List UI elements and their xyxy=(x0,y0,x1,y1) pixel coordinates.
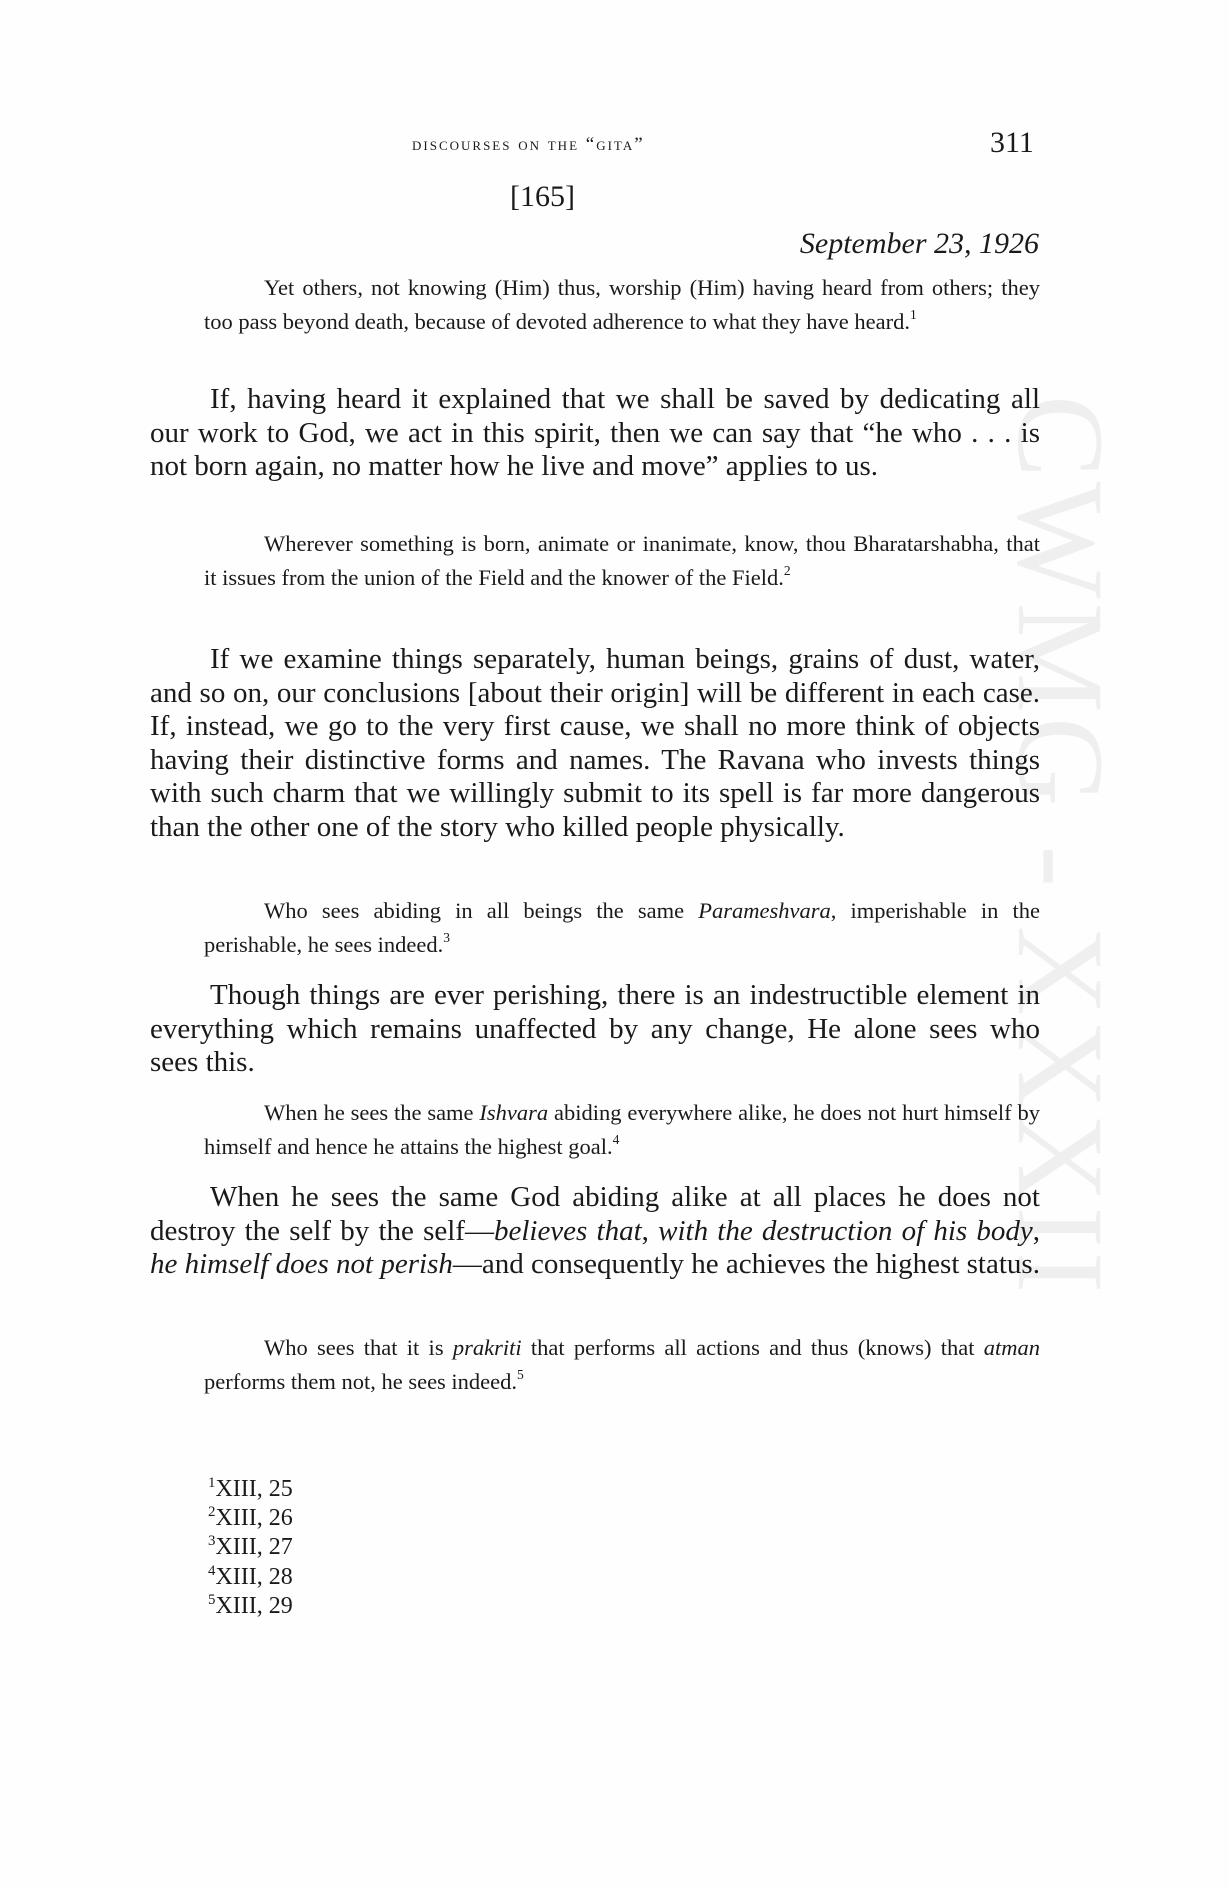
footnote-item: 4XIII, 28 xyxy=(208,1563,293,1592)
footnote-ref: 2 xyxy=(784,562,791,577)
paragraph-text: If we examine things separately, human b… xyxy=(150,643,1040,843)
commentary-paragraph-1: If, having heard it explained that we sh… xyxy=(150,383,1040,484)
italic-term: Parameshvara xyxy=(698,898,830,923)
footnote-ref: 5 xyxy=(517,1366,524,1381)
footnote-item: 5XIII, 29 xyxy=(208,1592,293,1621)
quote-text: that performs all actions and thus (know… xyxy=(522,1335,984,1360)
footnote-item: 1XIII, 25 xyxy=(208,1475,293,1504)
commentary-paragraph-2: If we examine things separately, human b… xyxy=(150,643,1040,845)
entry-number: [165] xyxy=(510,180,575,214)
quote-text: Wherever something is born, animate or i… xyxy=(204,531,1040,590)
quote-text: Who sees abiding in all beings the same xyxy=(264,898,698,923)
quote-text: Yet others, not knowing (Him) thus, wors… xyxy=(204,275,1040,334)
gita-quote-1: Yet others, not knowing (Him) thus, wors… xyxy=(204,271,1040,338)
footnotes: 1XIII, 25 2XIII, 26 3XIII, 27 4XIII, 28 … xyxy=(208,1475,293,1621)
footnote-item: 2XIII, 26 xyxy=(208,1504,293,1533)
gita-quote-4: When he sees the same Ishvara abiding ev… xyxy=(204,1096,1040,1163)
footnote-ref: 1 xyxy=(910,306,917,321)
footnote-item: 3XIII, 27 xyxy=(208,1533,293,1562)
footnote-text: XIII, 25 xyxy=(215,1476,292,1502)
italic-phrase: he himself does not perish xyxy=(150,1248,453,1280)
gita-quote-5: Who sees that it is prakriti that perfor… xyxy=(204,1331,1040,1398)
quote-text: Who sees that it is xyxy=(264,1335,453,1360)
paragraph-text: —and consequently he achieves the highes… xyxy=(453,1248,1040,1280)
footnote-text: XIII, 26 xyxy=(215,1505,292,1531)
paragraph-text: , xyxy=(1033,1215,1040,1247)
italic-phrase: believes that xyxy=(494,1215,642,1247)
gita-quote-2: Wherever something is born, animate or i… xyxy=(204,527,1040,594)
footnote-text: XIII, 27 xyxy=(215,1534,292,1560)
quote-text: performs them not, he sees indeed. xyxy=(204,1369,517,1394)
footnote-ref: 4 xyxy=(613,1131,620,1146)
italic-term: atman xyxy=(984,1335,1040,1360)
footnote-text: XIII, 28 xyxy=(215,1564,292,1590)
footnote-ref: 3 xyxy=(443,929,450,944)
paragraph-text: Though things are ever perishing, there … xyxy=(150,979,1040,1078)
italic-term: Ishvara xyxy=(479,1100,548,1125)
page-number: 311 xyxy=(990,126,1034,160)
gita-quote-3: Who sees abiding in all beings the same … xyxy=(204,894,1040,961)
italic-term: prakriti xyxy=(453,1335,522,1360)
italic-phrase: with the destruction of his body xyxy=(658,1215,1033,1247)
commentary-paragraph-4: When he sees the same God abiding alike … xyxy=(150,1181,1040,1282)
footnote-text: XIII, 29 xyxy=(215,1593,292,1619)
paragraph-text: If, having heard it explained that we sh… xyxy=(150,383,1040,482)
running-head: Discourses on the “Gita” xyxy=(412,134,645,156)
entry-date: September 23, 1926 xyxy=(800,227,1039,261)
quote-text: When he sees the same xyxy=(264,1100,479,1125)
commentary-paragraph-3: Though things are ever perishing, there … xyxy=(150,979,1040,1080)
paragraph-text: , xyxy=(642,1215,658,1247)
